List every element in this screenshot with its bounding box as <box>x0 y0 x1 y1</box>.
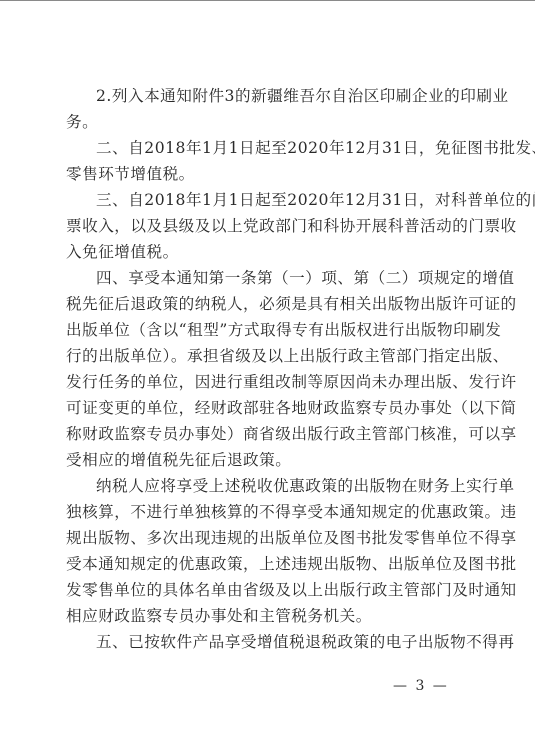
text-line: 四、享受本通知第一条第（一）项、第（二）项规定的增值 <box>66 265 468 291</box>
text-line: 相应财政监察专员办事处和主管税务机关。 <box>66 603 468 629</box>
text-line: 零售环节增值税。 <box>66 161 468 187</box>
text-line: 称财政监察专员办事处）商省级出版行政主管部门核准，可以享 <box>66 421 468 447</box>
text-line: 受本通知规定的优惠政策，上述违规出版物、出版单位及图书批 <box>66 551 468 577</box>
text-line: 税先征后退政策的纳税人，必须是具有相关出版物出版许可证的 <box>66 291 468 317</box>
text-line: 票收入，以及县级及以上党政部门和科协开展科普活动的门票收 <box>66 213 468 239</box>
text-line: 出版单位（含以“租型”方式取得专有出版权进行出版物印刷发 <box>66 317 468 343</box>
text-line: 二、自2018年1月1日起至2020年12月31日，免征图书批发、 <box>66 135 468 161</box>
text-line: 入免征增值税。 <box>66 239 468 265</box>
page-number: — 3 — <box>393 678 449 694</box>
document-body: 2.列入本通知附件3的新疆维吾尔自治区印刷企业的印刷业务。二、自2018年1月1… <box>66 83 468 655</box>
text-line: 规出版物、多次出现违规的出版单位及图书批发零售单位不得享 <box>66 525 468 551</box>
text-line: 独核算，不进行单独核算的不得享受本通知规定的优惠政策。违 <box>66 499 468 525</box>
text-line: 2.列入本通知附件3的新疆维吾尔自治区印刷企业的印刷业 <box>66 83 468 109</box>
text-line: 发零售单位的具体名单由省级及以上出版行政主管部门及时通知 <box>66 577 468 603</box>
page-top-edge <box>0 0 535 1</box>
text-line: 发行任务的单位，因进行重组改制等原因尚未办理出版、发行许 <box>66 369 468 395</box>
text-line: 行的出版单位）。承担省级及以上出版行政主管部门指定出版、 <box>66 343 468 369</box>
text-line: 五、已按软件产品享受增值税退税政策的电子出版物不得再 <box>66 629 468 655</box>
text-line: 三、自2018年1月1日起至2020年12月31日，对科普单位的门 <box>66 187 468 213</box>
text-line: 纳税人应将享受上述税收优惠政策的出版物在财务上实行单 <box>66 473 468 499</box>
text-line: 务。 <box>66 109 468 135</box>
text-line: 可证变更的单位，经财政部驻各地财政监察专员办事处（以下简 <box>66 395 468 421</box>
text-line: 受相应的增值税先征后退政策。 <box>66 447 468 473</box>
